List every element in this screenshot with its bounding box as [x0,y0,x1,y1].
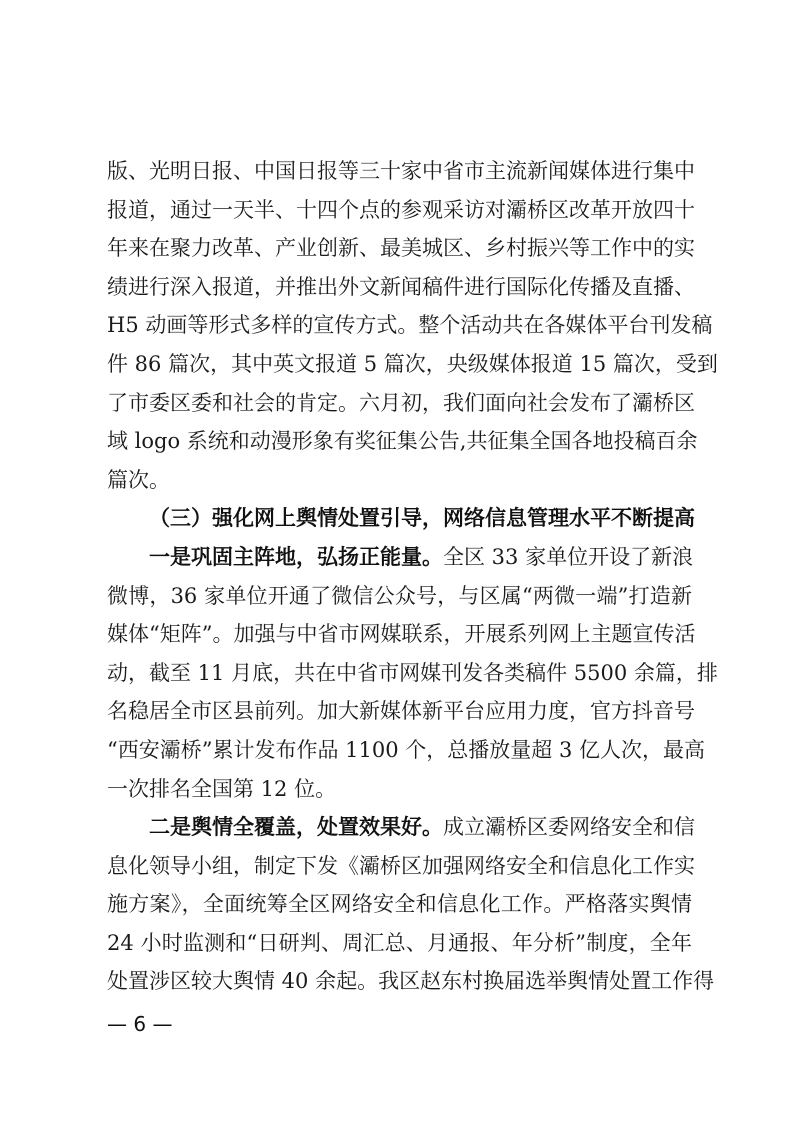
paragraph-2-line-2: 微博，36 家单位开通了微信公众号，与区属“两微一端”打造新 [107,577,692,616]
paragraph-1-line-6: 件 86 篇次，其中英文报道 5 篇次，央级媒体报道 15 篇次，受到 [107,345,692,384]
paragraph-1-line-9: 篇次。 [107,461,692,500]
paragraph-1-line-7: 了市委区委和社会的肯定。六月初，我们面向社会发布了灞桥区 [107,384,692,423]
section-heading: （三）强化网上舆情处置引导，网络信息管理水平不断提高 [107,499,692,538]
paragraph-3-line-2: 息化领导小组，制定下发《灞桥区加强网络安全和信息化工作实 [107,847,692,886]
paragraph-1-line-4: 绩进行深入报道，并推出外文新闻稿件进行国际化传播及直播、 [107,268,692,307]
paragraph-1-line-5: H5 动画等形式多样的宣传方式。整个活动共在各媒体平台刊发稿 [107,306,692,345]
paragraph-1-line-2: 报道，通过一天半、十四个点的参观采访对灞桥区改革开放四十 [107,191,692,230]
paragraph-2-first-line-rest: 全区 33 家单位开设了新浪 [443,545,693,569]
paragraph-3-first-line-rest: 成立灞桥区委网络安全和信 [443,815,695,839]
document-page: 版、光明日报、中国日报等三十家中省市主流新闻媒体进行集中 报道，通过一天半、十四… [0,0,793,1122]
paragraph-3-line-3: 施方案》，全面统筹全区网络安全和信息化工作。严格落实舆情 [107,885,692,924]
page-number: — 6 — [107,1012,172,1036]
paragraph-3-line-1: 二是舆情全覆盖，处置效果好。成立灞桥区委网络安全和信 [107,808,692,847]
paragraph-2-line-5: 名稳居全市区县前列。加大新媒体新平台应用力度，官方抖音号 [107,692,692,731]
paragraph-3-line-4: 24 小时监测和“日研判、周汇总、月通报、年分析”制度，全年 [107,924,692,963]
paragraph-3-lead: 二是舆情全覆盖，处置效果好。 [149,815,443,839]
paragraph-1-line-8: 域 logo 系统和动漫形象有奖征集公告,共征集全国各地投稿百余 [107,422,692,461]
body-text: 版、光明日报、中国日报等三十家中省市主流新闻媒体进行集中 报道，通过一天半、十四… [107,152,692,1001]
paragraph-2-line-4: 动，截至 11 月底，共在中省市网媒刊发各类稿件 5500 余篇，排 [107,654,692,693]
paragraph-2-line-7: 一次排名全国第 12 位。 [107,770,692,809]
paragraph-1-line-1: 版、光明日报、中国日报等三十家中省市主流新闻媒体进行集中 [107,152,692,191]
paragraph-2-line-3: 媒体“矩阵”。加强与中省市网媒联系，开展系列网上主题宣传活 [107,615,692,654]
paragraph-3-line-5: 处置涉区较大舆情 40 余起。我区赵东村换届选举舆情处置工作得 [107,962,692,1001]
paragraph-1-line-3: 年来在聚力改革、产业创新、最美城区、乡村振兴等工作中的实 [107,229,692,268]
paragraph-2-line-6: “西安灞桥”累计发布作品 1100 个，总播放量超 3 亿人次，最高 [107,731,692,770]
paragraph-2-lead: 一是巩固主阵地，弘扬正能量。 [149,545,443,569]
paragraph-2-line-1: 一是巩固主阵地，弘扬正能量。全区 33 家单位开设了新浪 [107,538,692,577]
